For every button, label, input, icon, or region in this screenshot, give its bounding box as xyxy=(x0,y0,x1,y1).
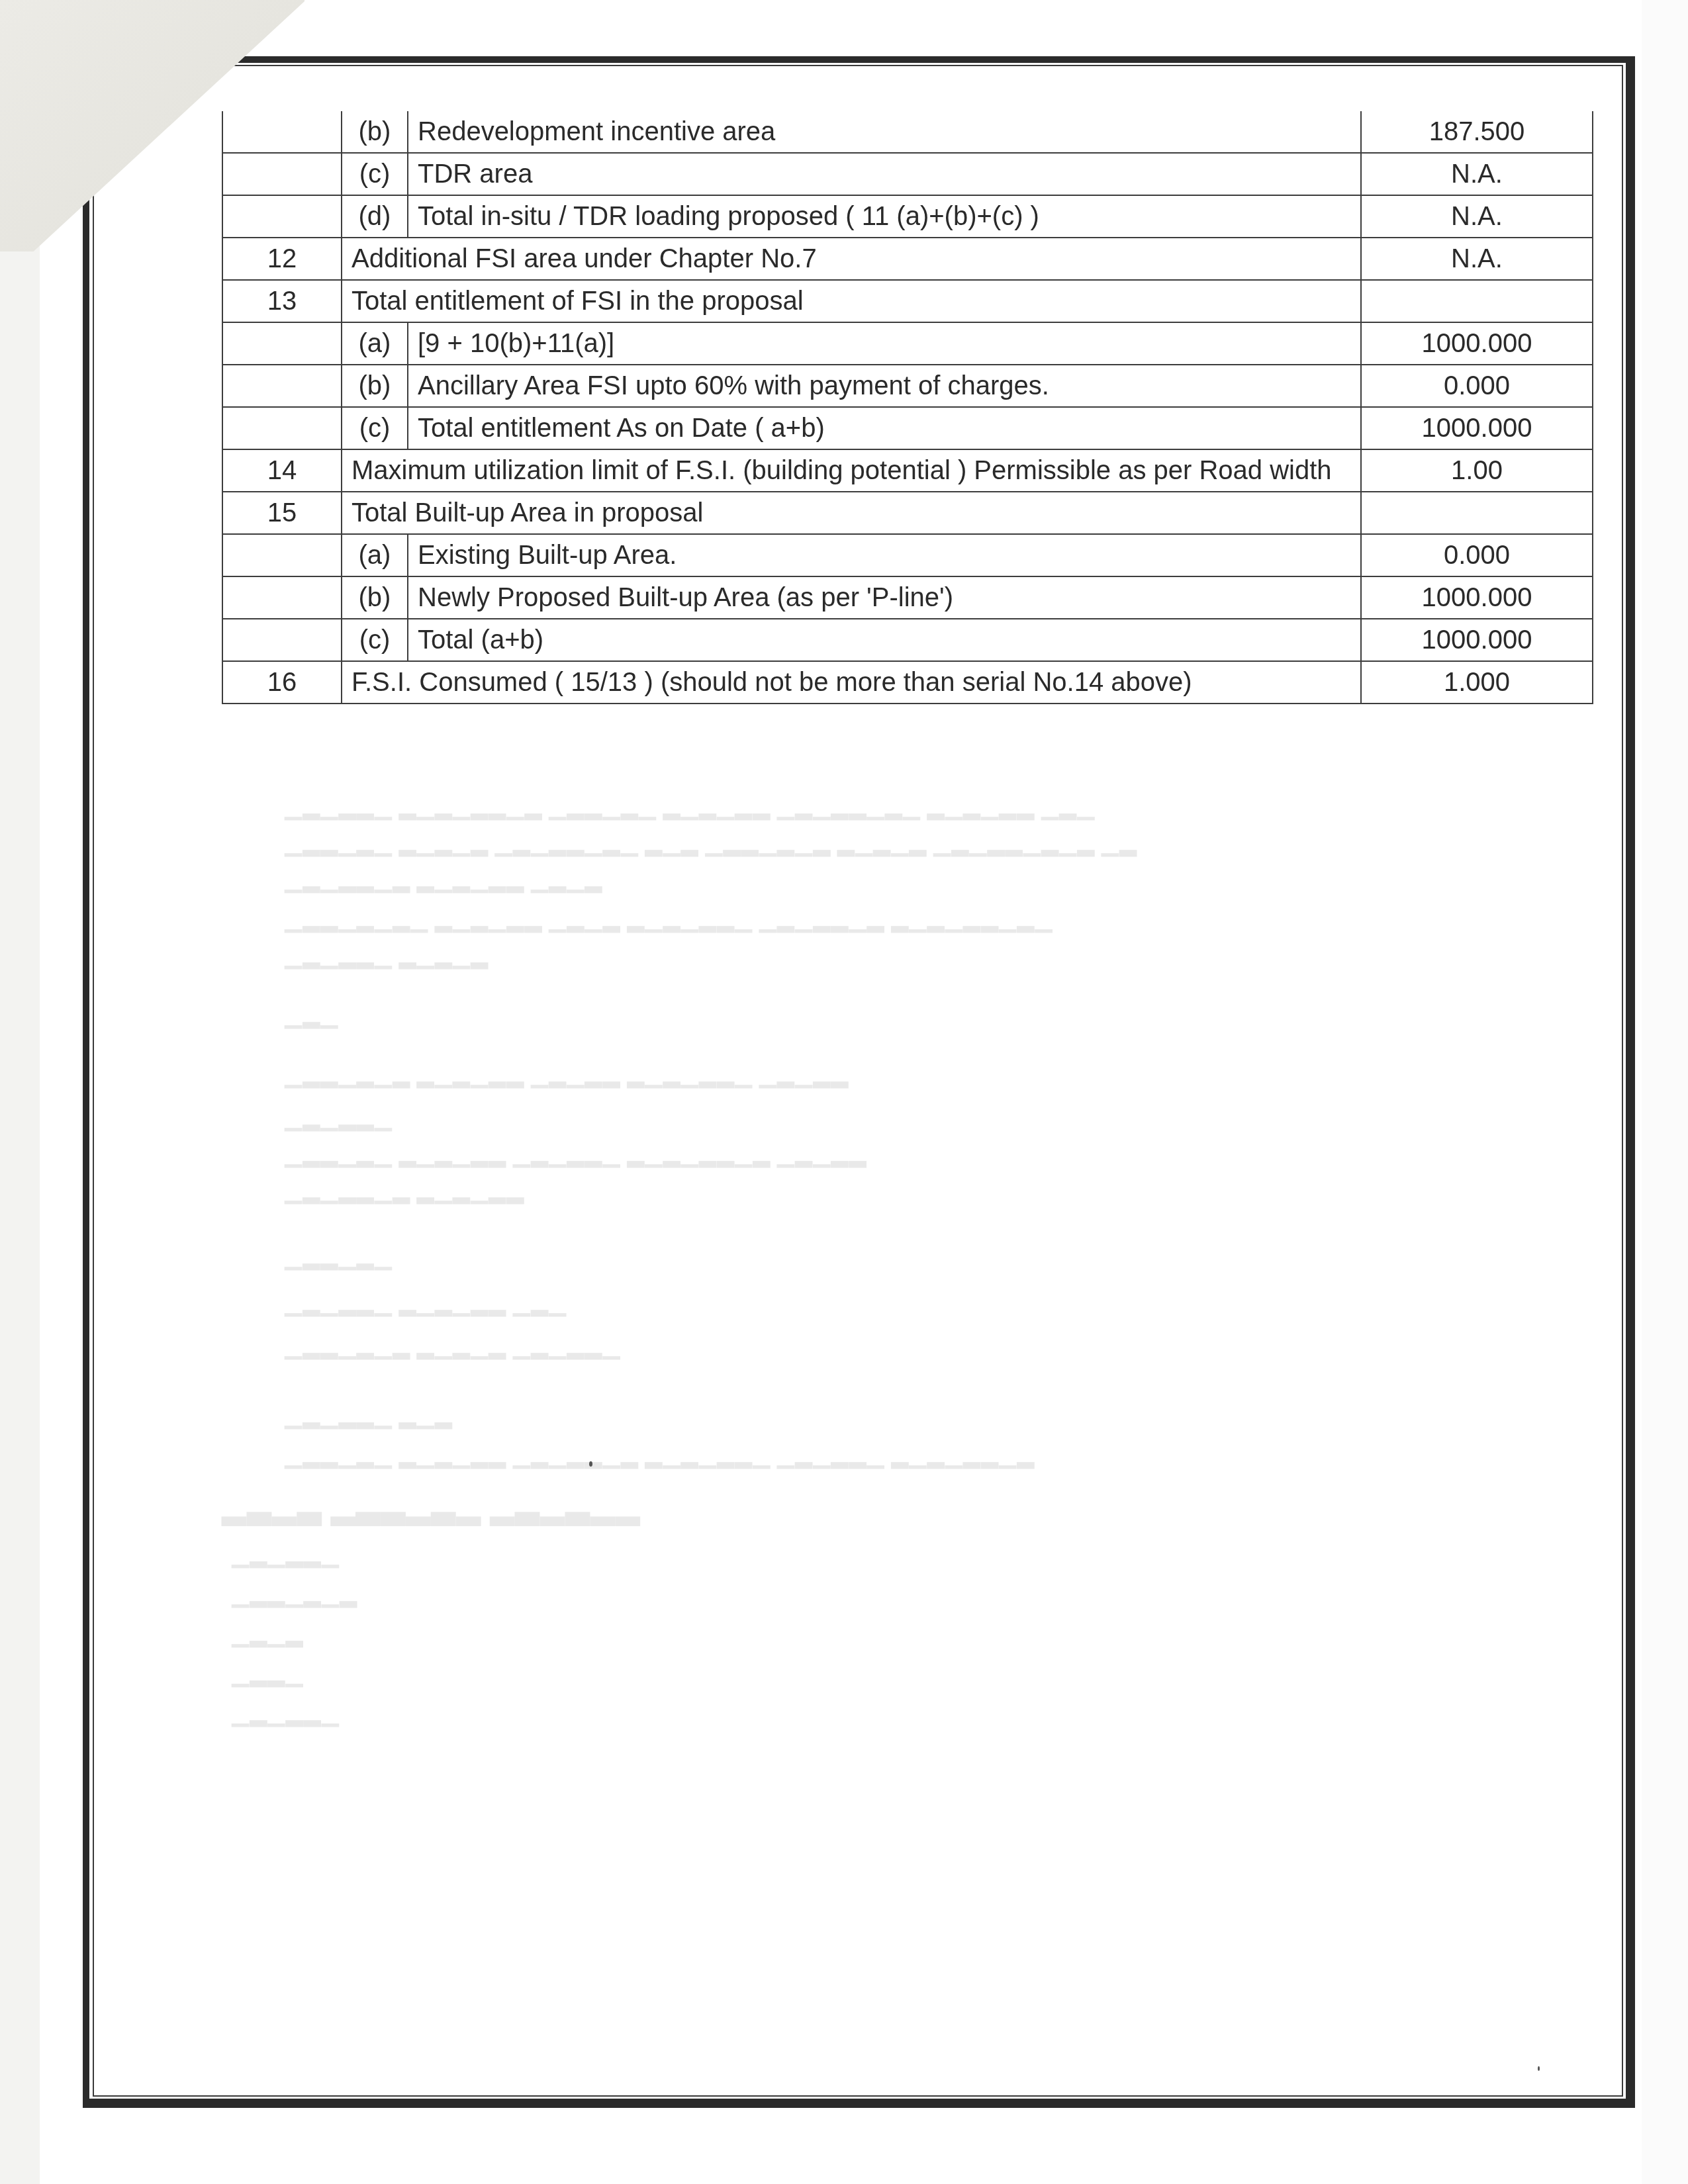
serial-number-cell xyxy=(222,407,342,449)
description-cell: Additional FSI area under Chapter No.7 xyxy=(342,238,1361,280)
table-row: (a)Existing Built-up Area.0.000 xyxy=(222,534,1593,576)
value-cell: N.A. xyxy=(1361,238,1593,280)
value-cell: 1.000 xyxy=(1361,661,1593,704)
value-cell xyxy=(1361,280,1593,322)
serial-number-cell xyxy=(222,111,342,153)
value-cell: 0.000 xyxy=(1361,534,1593,576)
sub-item-label-cell: (c) xyxy=(342,153,408,195)
sub-item-label-cell: (c) xyxy=(342,619,408,661)
scan-background xyxy=(1642,0,1688,2184)
serial-number-cell xyxy=(222,534,342,576)
table-row: (c)TDR areaN.A. xyxy=(222,153,1593,195)
description-cell: Total (a+b) xyxy=(408,619,1361,661)
table-row: (c)Total entitlement As on Date ( a+b)10… xyxy=(222,407,1593,449)
table-row: (c)Total (a+b)1000.000 xyxy=(222,619,1593,661)
sub-item-label-cell: (d) xyxy=(342,195,408,238)
value-cell: 1000.000 xyxy=(1361,407,1593,449)
table-row: 14Maximum utilization limit of F.S.I. (b… xyxy=(222,449,1593,492)
value-cell: 1.00 xyxy=(1361,449,1593,492)
description-cell: [9 + 10(b)+11(a)] xyxy=(408,322,1361,365)
scan-speck xyxy=(1538,2066,1540,2071)
serial-number-cell: 15 xyxy=(222,492,342,534)
value-cell: N.A. xyxy=(1361,195,1593,238)
value-cell: 1000.000 xyxy=(1361,619,1593,661)
serial-number-cell: 14 xyxy=(222,449,342,492)
description-cell: TDR area xyxy=(408,153,1361,195)
value-cell: 0.000 xyxy=(1361,365,1593,407)
description-cell: Total Built-up Area in proposal xyxy=(342,492,1361,534)
description-cell: Ancillary Area FSI upto 60% with payment… xyxy=(408,365,1361,407)
sub-item-label-cell: (b) xyxy=(342,111,408,153)
serial-number-cell xyxy=(222,153,342,195)
table-row: (b)Ancillary Area FSI upto 60% with paym… xyxy=(222,365,1593,407)
value-cell: N.A. xyxy=(1361,153,1593,195)
description-cell: Total in-situ / TDR loading proposed ( 1… xyxy=(408,195,1361,238)
fsi-statement-table: (b)Redevelopment incentive area187.500(c… xyxy=(222,111,1593,704)
scan-speck xyxy=(589,1461,592,1467)
sub-item-label-cell: (a) xyxy=(342,322,408,365)
value-cell: 1000.000 xyxy=(1361,322,1593,365)
table-row: 16F.S.I. Consumed ( 15/13 ) (should not … xyxy=(222,661,1593,704)
description-cell: Existing Built-up Area. xyxy=(408,534,1361,576)
serial-number-cell xyxy=(222,322,342,365)
sub-item-label-cell: (b) xyxy=(342,576,408,619)
table-row: (a)[9 + 10(b)+11(a)]1000.000 xyxy=(222,322,1593,365)
serial-number-cell: 12 xyxy=(222,238,342,280)
serial-number-cell xyxy=(222,576,342,619)
serial-number-cell xyxy=(222,195,342,238)
value-cell: 1000.000 xyxy=(1361,576,1593,619)
value-cell xyxy=(1361,492,1593,534)
sub-item-label-cell: (a) xyxy=(342,534,408,576)
description-cell: Redevelopment incentive area xyxy=(408,111,1361,153)
table-row: 15Total Built-up Area in proposal xyxy=(222,492,1593,534)
serial-number-cell xyxy=(222,619,342,661)
table-row: (d)Total in-situ / TDR loading proposed … xyxy=(222,195,1593,238)
description-cell: Total entitlement As on Date ( a+b) xyxy=(408,407,1361,449)
sub-item-label-cell: (b) xyxy=(342,365,408,407)
serial-number-cell xyxy=(222,365,342,407)
table-row: 12Additional FSI area under Chapter No.7… xyxy=(222,238,1593,280)
serial-number-cell: 13 xyxy=(222,280,342,322)
value-cell: 187.500 xyxy=(1361,111,1593,153)
description-cell: Newly Proposed Built-up Area (as per 'P-… xyxy=(408,576,1361,619)
table-row: (b)Newly Proposed Built-up Area (as per … xyxy=(222,576,1593,619)
description-cell: Total entitlement of FSI in the proposal xyxy=(342,280,1361,322)
description-cell: F.S.I. Consumed ( 15/13 ) (should not be… xyxy=(342,661,1361,704)
serial-number-cell: 16 xyxy=(222,661,342,704)
table-row: (b)Redevelopment incentive area187.500 xyxy=(222,111,1593,153)
description-cell: Maximum utilization limit of F.S.I. (bui… xyxy=(342,449,1361,492)
table-row: 13Total entitlement of FSI in the propos… xyxy=(222,280,1593,322)
sub-item-label-cell: (c) xyxy=(342,407,408,449)
